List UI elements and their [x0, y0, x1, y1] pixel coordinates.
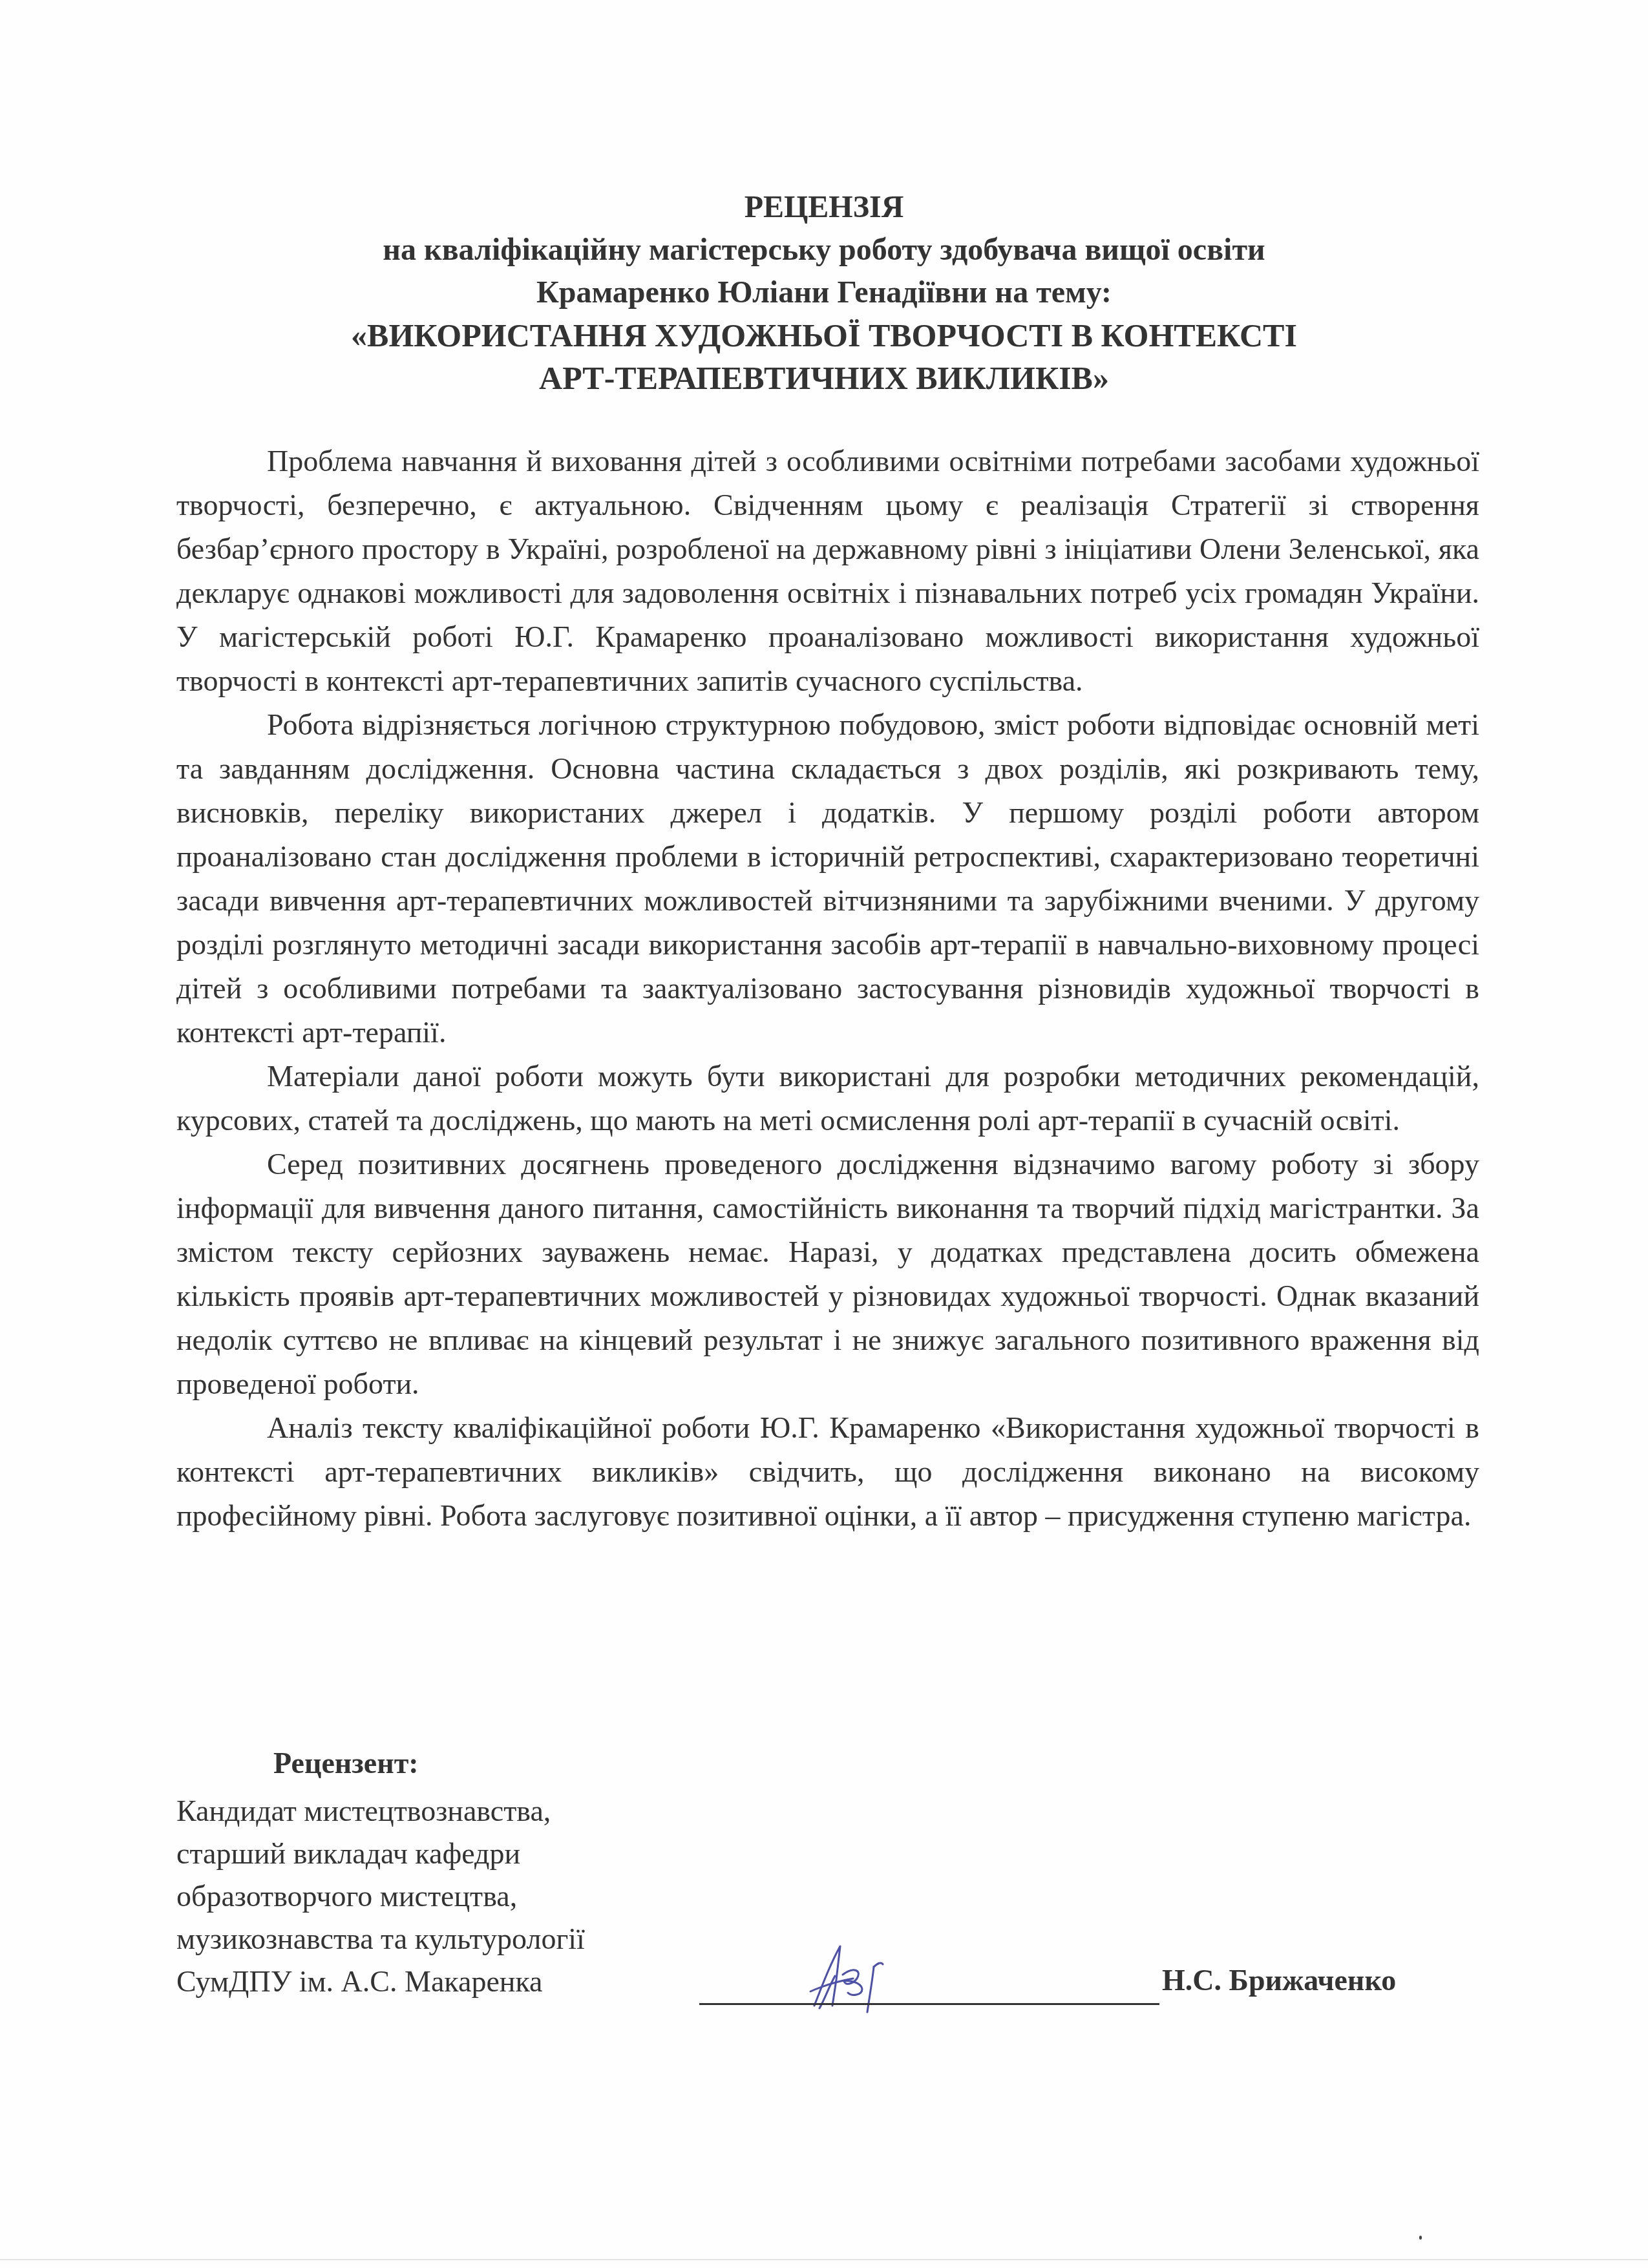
document-subtitle-line-1: на кваліфікаційну магістерську роботу зд… [0, 229, 1648, 271]
paragraph-conclusion: Аналіз тексту кваліфікаційної роботи Ю.Г… [176, 1406, 1479, 1538]
reviewer-label: Рецензент: [176, 1742, 1479, 1785]
topic-title-line-1: «ВИКОРИСТАННЯ ХУДОЖНЬОЇ ТВОРЧОСТІ В КОНТ… [0, 314, 1648, 357]
paragraph-applications: Матеріали даної роботи можуть бути викор… [176, 1055, 1479, 1142]
signature-row: Н.С. Брижаченко [699, 1941, 1475, 2019]
paragraph-structure: Робота відрізняється логічною структурно… [176, 703, 1479, 1055]
review-body: Проблема навчання й виховання дітей з ос… [176, 439, 1479, 1538]
document-subtitle-line-2: Крамаренко Юліани Генадіївни на тему: [0, 271, 1648, 314]
scan-bottom-edge [0, 2259, 1648, 2260]
reviewer-name: Н.С. Брижаченко [1162, 1963, 1396, 1997]
topic-title-line-2: АРТ-ТЕРАПЕВТИЧНИХ ВИКЛИКІВ» [0, 357, 1648, 399]
paragraph-relevance: Проблема навчання й виховання дітей з ос… [176, 439, 1479, 703]
reviewer-credential-degree: Кандидат мистецтвознавства, [176, 1790, 1479, 1832]
scan-speck [1419, 2236, 1422, 2240]
reviewer-credential-position: старший викладач кафедри [176, 1832, 1479, 1875]
signature-line [699, 2003, 1159, 2005]
document-title: РЕЦЕНЗІЯ [0, 186, 1648, 229]
reviewer-credential-department-1: образотворчого мистецтва, [176, 1875, 1479, 1918]
paragraph-achievements: Серед позитивних досягнень проведеного д… [176, 1142, 1479, 1406]
document-header: РЕЦЕНЗІЯ на кваліфікаційну магістерську … [0, 186, 1648, 399]
document-page: РЕЦЕНЗІЯ на кваліфікаційну магістерську … [0, 0, 1648, 2268]
